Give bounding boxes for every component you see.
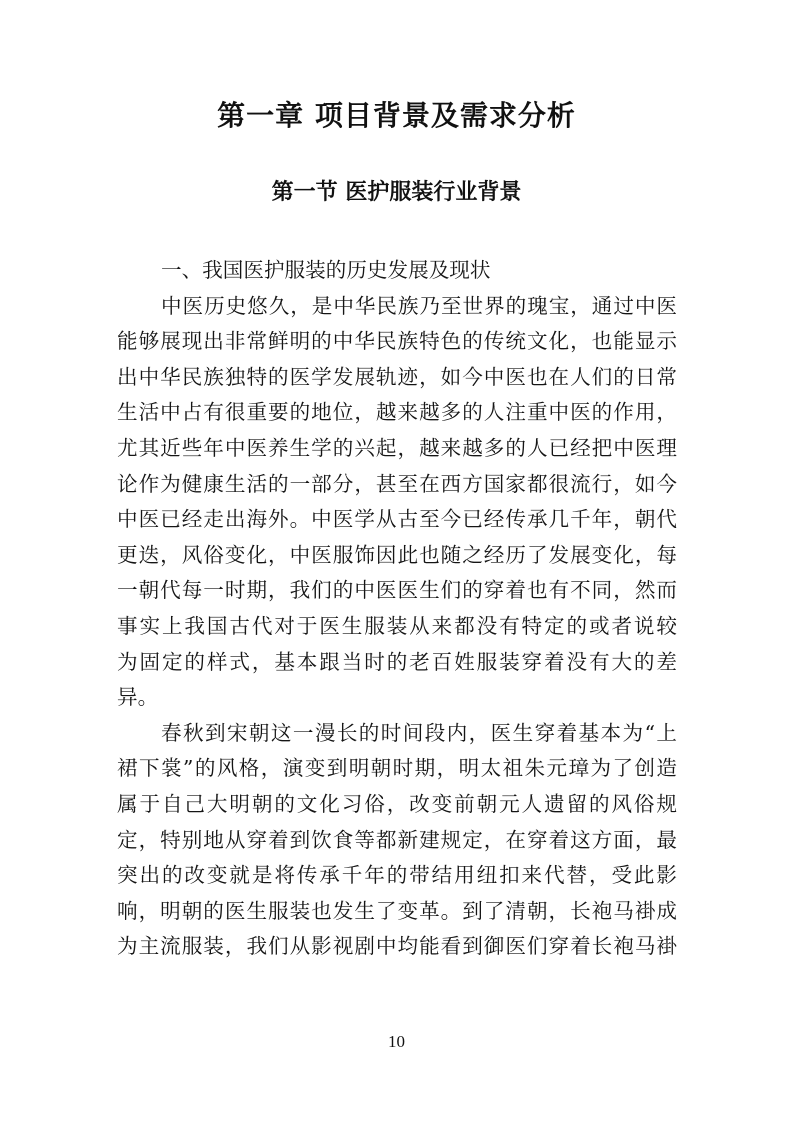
paragraph-line: 能够展现出非常鲜明的中华民族特色的传统文化，也能显示 (117, 324, 677, 360)
paragraph-line: 春秋到宋朝这一漫长的时间段内，医生穿着基本为“上 (117, 716, 677, 752)
paragraph-line: 论作为健康生活的一部分，甚至在西方国家都很流行，如今 (117, 467, 677, 503)
paragraph-line: 更迭，风俗变化，中医服饰因此也随之经历了发展变化，每 (117, 538, 677, 574)
paragraph-line: 响，明朝的医生服装也发生了变革。到了清朝，长袍马褂成 (117, 894, 677, 930)
section-title: 第一节 医护服装行业背景 (0, 176, 793, 210)
paragraph-line: 为主流服装，我们从影视剧中均能看到御医们穿着长袍马褂 (117, 929, 677, 965)
chapter-title: 第一章 项目背景及需求分析 (0, 96, 793, 136)
paragraph-line: 生活中占有很重要的地位，越来越多的人注重中医的作用， (117, 395, 677, 431)
subheading: 一、我国医护服装的历史发展及现状 (117, 253, 677, 289)
paragraph-line: 出中华民族独特的医学发展轨迹，如今中医也在人们的日常 (117, 360, 677, 396)
paragraph-line: 中医历史悠久，是中华民族乃至世界的瑰宝，通过中医 (117, 289, 677, 325)
paragraph-1: 中医历史悠久，是中华民族乃至世界的瑰宝，通过中医 能够展现出非常鲜明的中华民族特… (117, 289, 677, 716)
paragraph-2: 春秋到宋朝这一漫长的时间段内，医生穿着基本为“上 裙下裳”的风格，演变到明朝时期… (117, 716, 677, 965)
paragraph-line: 一朝代每一时期，我们的中医医生们的穿着也有不同，然而 (117, 573, 677, 609)
paragraph-line: 定，特别地从穿着到饮食等都新建规定，在穿着这方面，最 (117, 823, 677, 859)
paragraph-line: 中医已经走出海外。中医学从古至今已经传承几千年，朝代 (117, 502, 677, 538)
document-page: 第一章 项目背景及需求分析 第一节 医护服装行业背景 一、我国医护服装的历史发展… (0, 0, 793, 1122)
paragraph-line: 属于自己大明朝的文化习俗，改变前朝元人遗留的风俗规 (117, 787, 677, 823)
body-text: 一、我国医护服装的历史发展及现状 中医历史悠久，是中华民族乃至世界的瑰宝，通过中… (117, 253, 677, 965)
paragraph-line: 异。 (117, 680, 677, 716)
paragraph-line: 事实上我国古代对于医生服装从来都没有特定的或者说较 (117, 609, 677, 645)
paragraph-line: 为固定的样式，基本跟当时的老百姓服装穿着没有大的差 (117, 645, 677, 681)
paragraph-line: 尤其近些年中医养生学的兴起，越来越多的人已经把中医理 (117, 431, 677, 467)
page-number: 10 (0, 1030, 793, 1054)
paragraph-line: 裙下裳”的风格，演变到明朝时期，明太祖朱元璋为了创造 (117, 751, 677, 787)
paragraph-line: 突出的改变就是将传承千年的带结用纽扣来代替，受此影 (117, 858, 677, 894)
